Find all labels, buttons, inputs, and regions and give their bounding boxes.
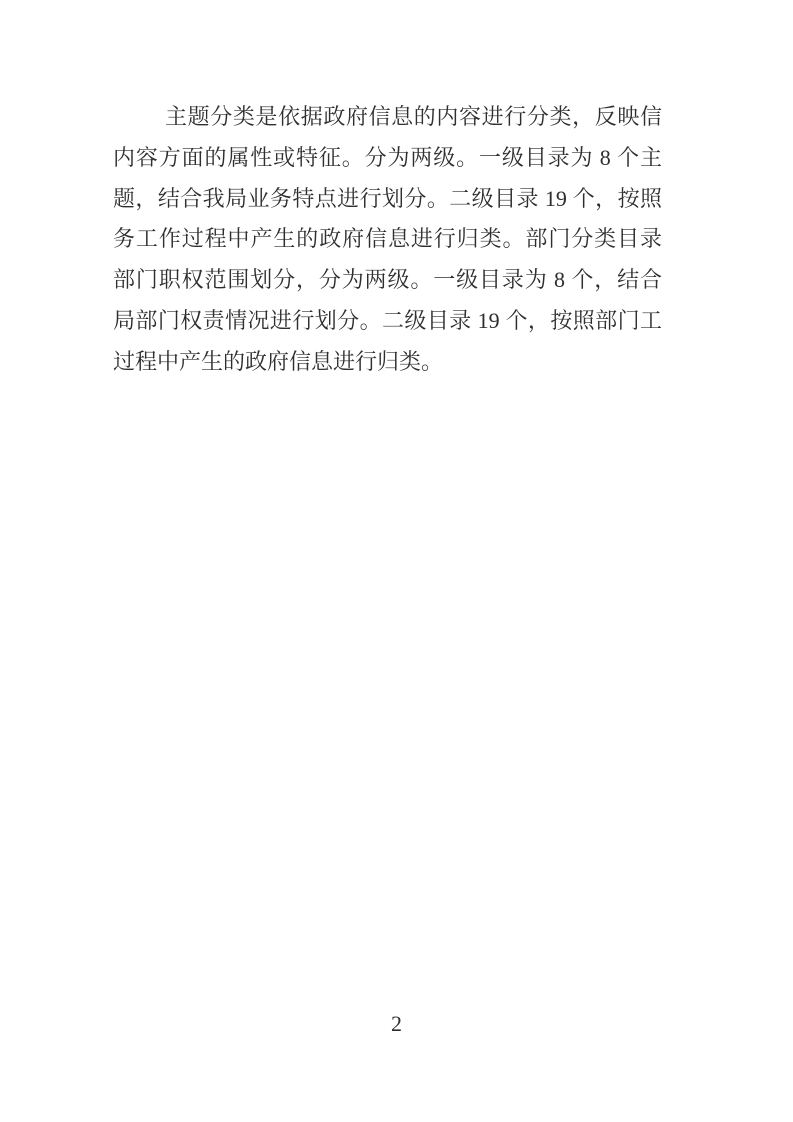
text-line: 过程中产生的政府信息进行归类。 <box>113 342 662 383</box>
text-line: 题，结合我局业务特点进行划分。二级目录 19 个，按照业 <box>113 179 662 220</box>
document-page: 主题分类是依据政府信息的内容进行分类，反映信息 内容方面的属性或特征。分为两级。… <box>0 0 793 1122</box>
text-line: 部门职权范围划分，分为两级。一级目录为 8 个，结合我 <box>113 260 662 301</box>
text-line: 主题分类是依据政府信息的内容进行分类，反映信息 <box>113 97 662 138</box>
text-line: 局部门权责情况进行划分。二级目录 19 个，按照部门工作 <box>113 301 662 342</box>
body-paragraph: 主题分类是依据政府信息的内容进行分类，反映信息 内容方面的属性或特征。分为两级。… <box>113 97 662 383</box>
page-number: 2 <box>0 1012 793 1036</box>
text-line: 务工作过程中产生的政府信息进行归类。部门分类目录以 <box>113 219 662 260</box>
text-line: 内容方面的属性或特征。分为两级。一级目录为 8 个主 <box>113 138 662 179</box>
